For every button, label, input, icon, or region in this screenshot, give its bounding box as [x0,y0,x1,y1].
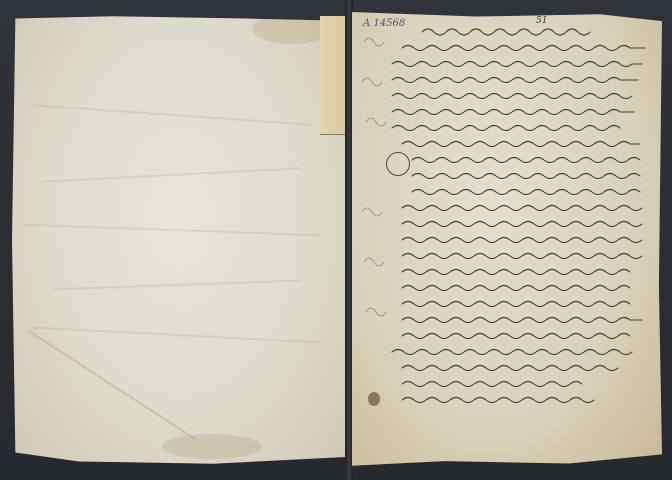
ink-blot [368,392,380,406]
archive-stamp-icon [386,152,410,176]
folio-number: 51 [536,16,547,26]
left-page-blank [12,14,347,466]
handwritten-text [352,12,662,468]
archive-number: A 14568 [363,18,405,29]
